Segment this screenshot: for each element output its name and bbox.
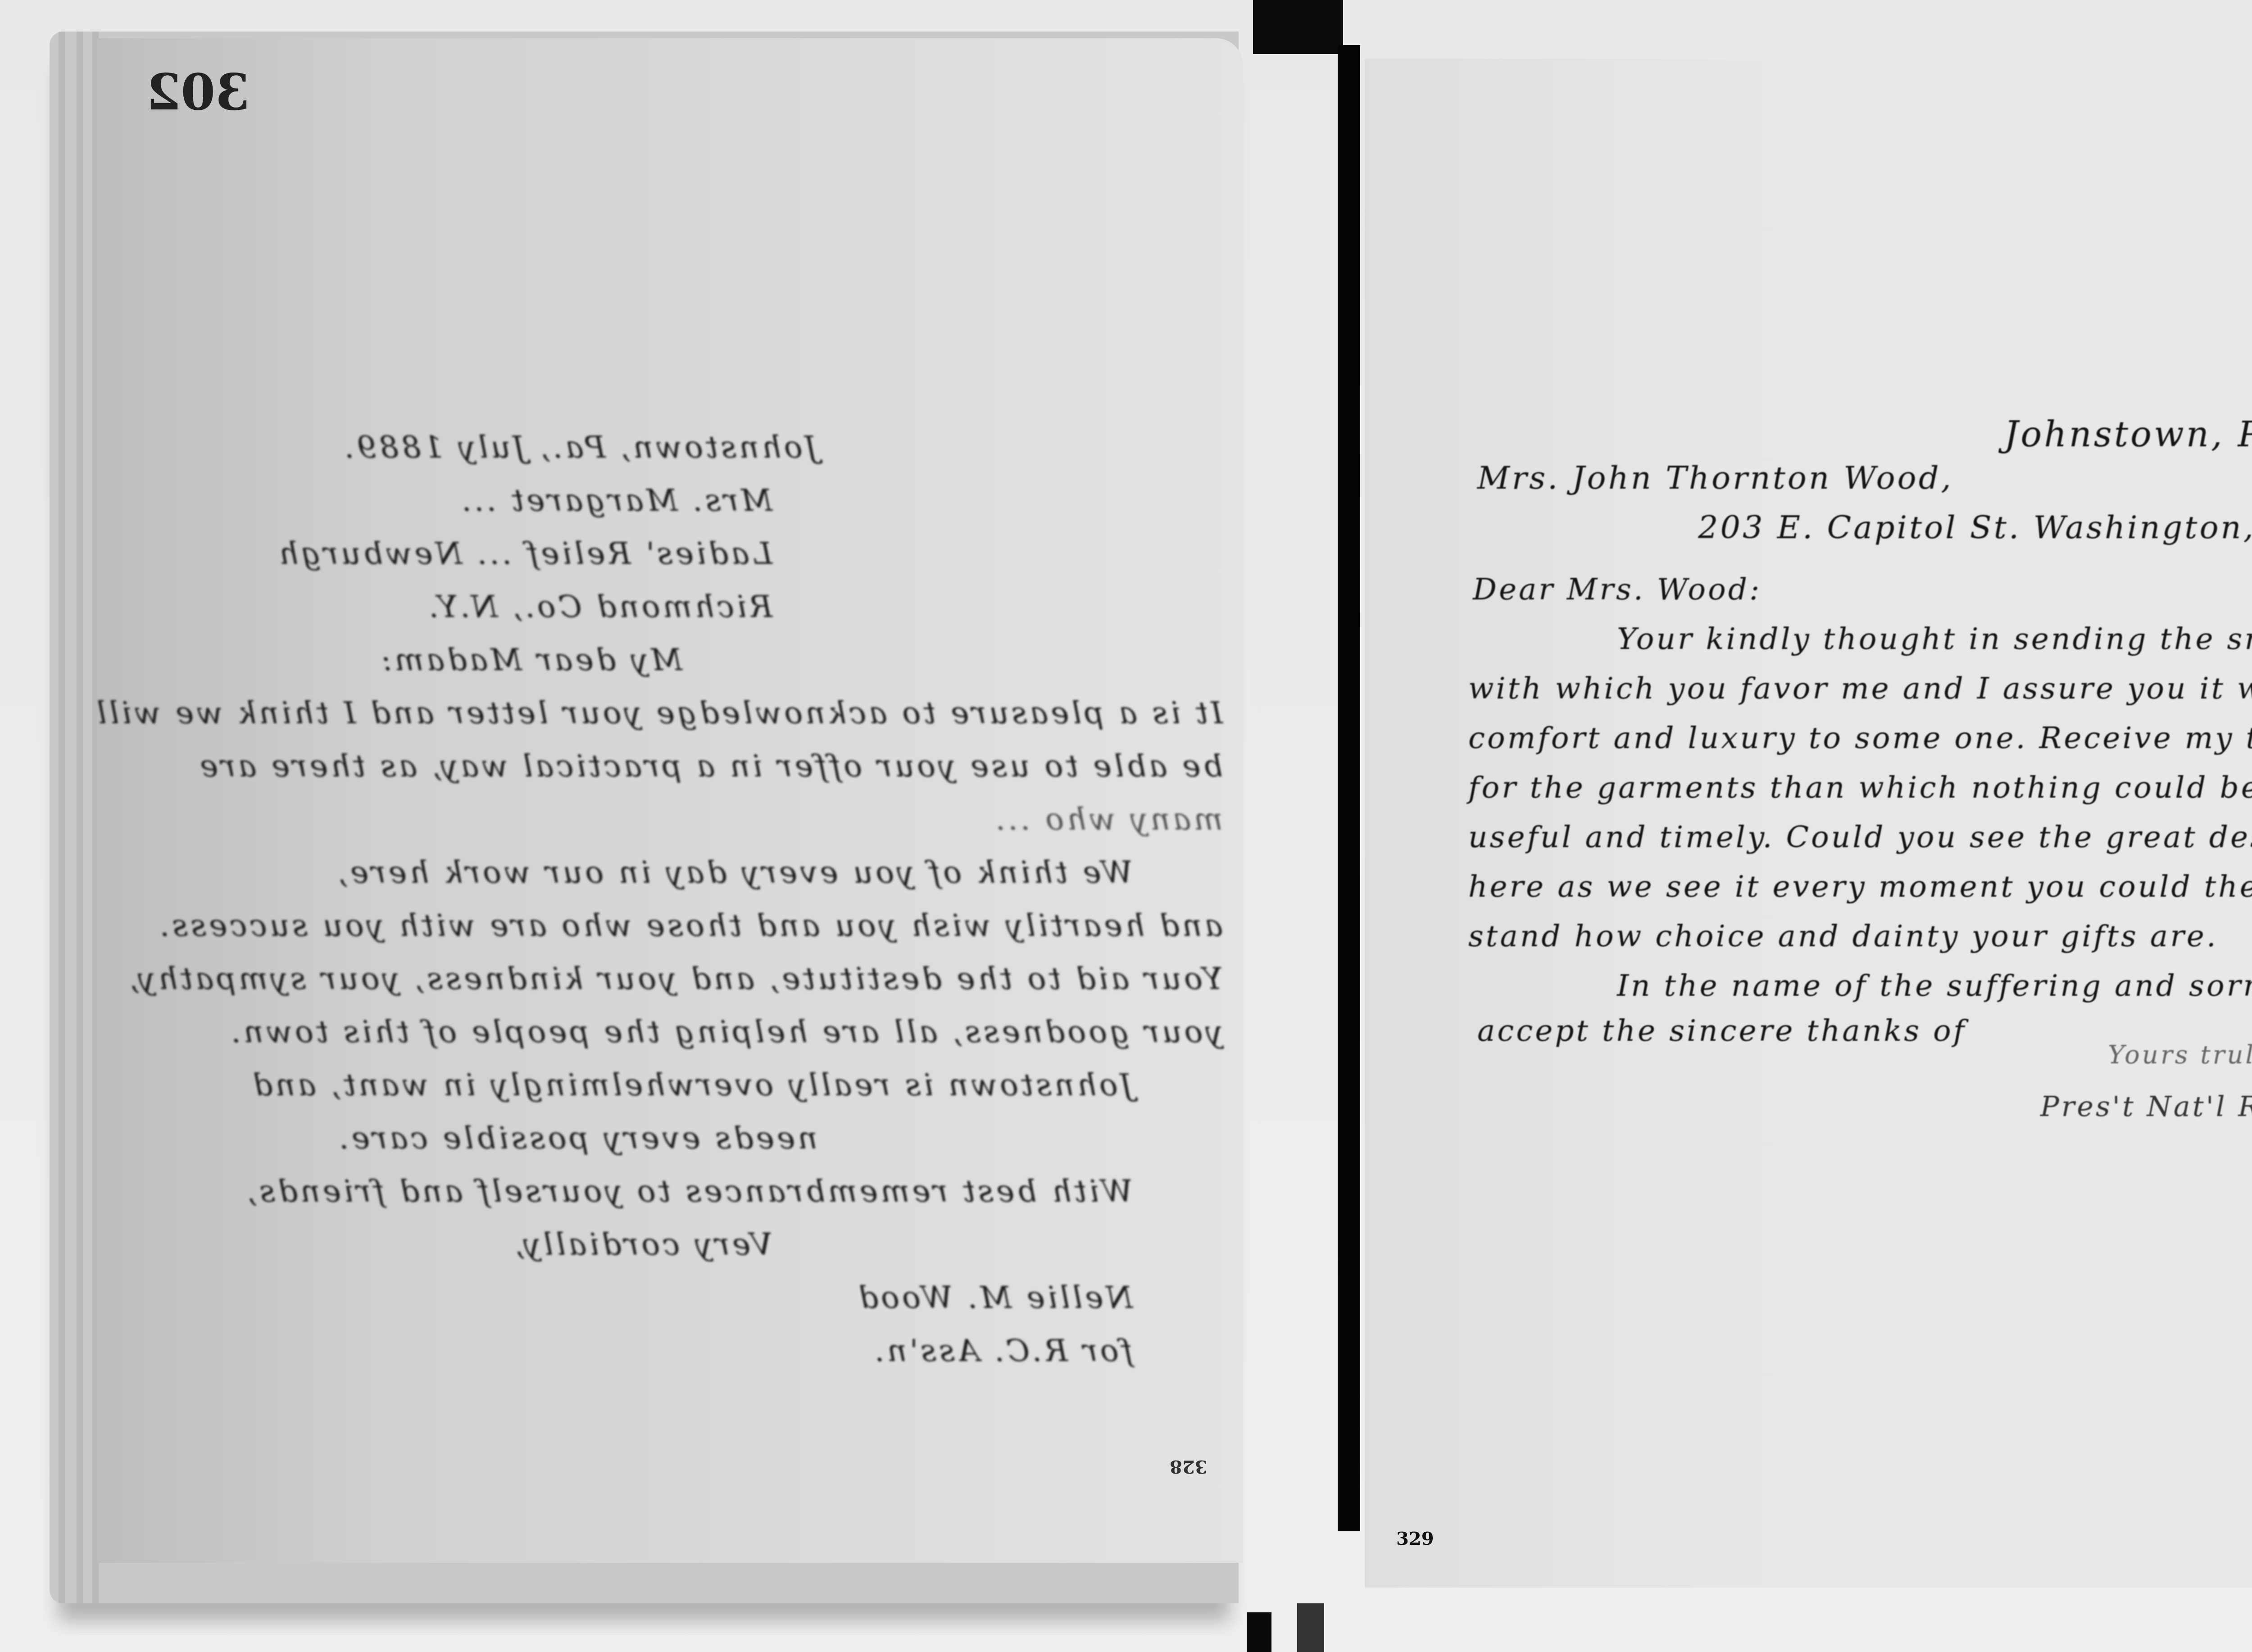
book-spine-gutter [1338,45,1360,1531]
page-number-left: 302 [146,63,250,121]
letter-salutation: Dear Mrs. Wood: [1473,572,1762,607]
mirrored-line: Richmond Co., N.Y. [187,581,1223,634]
letter-body-line: Your kindly thought in sending the small… [1617,622,2252,656]
letter-dateline: Johnstown, Pa., July 6, 1889. [2004,414,2252,455]
letter-body-line: useful and timely. Could you see the gre… [1468,820,2252,854]
page-edge [59,32,65,1603]
letter-body-line: for the garments than which nothing coul… [1468,770,2252,805]
letter-body-line: here as we see it every moment you could… [1468,869,2252,904]
mirrored-line: needs every possible care. [187,1112,1223,1165]
mirrored-line: Johnstown, Pa., July 1889. [187,421,1223,474]
handwritten-letter: Johnstown, Pa., July 6, 1889. Mrs. John … [1365,59,2252,1588]
letter-body-line: comfort and luxury to some one. Receive … [1468,721,2252,755]
mirrored-line: Nellie M. Wood [187,1271,1223,1325]
bookmark-ribbon-tail [1297,1603,1324,1652]
page-edge [77,32,83,1603]
mirrored-line: your goodness, all are helping the peopl… [187,1006,1223,1059]
letter-body-line: with which you favor me and I assure you… [1468,671,2252,706]
letter-body-line: accept the sincere thanks of [1477,1013,1966,1048]
mirrored-handwriting: Johnstown, Pa., July 1889. Mrs. Margaret… [187,421,1223,1378]
mirrored-line: We think of you every day in our work he… [187,846,1223,899]
bookmark-ribbon-tail [1247,1612,1271,1652]
mirrored-line: for R.C. Ass'n. [187,1325,1223,1378]
mirrored-line: Your aid to the destitute, and your kind… [187,953,1223,1006]
mirrored-line: It is a pleasure to acknowledge your let… [187,687,1223,740]
mirrored-line: Mrs. Margaret ... [187,474,1223,527]
mirrored-line: many who ... [187,793,1223,846]
recipient-address: 203 E. Capitol St. Washington, D.C. [1698,509,2252,546]
mirrored-line: My dear Madam: [187,634,1223,687]
mirrored-line: Very cordially, [187,1218,1223,1271]
mirrored-line: and heartily wish you and those who are … [187,899,1223,953]
right-page-recto: 303 Johnstown, Pa., July 6, 1889. Mrs. J… [1365,59,2252,1588]
left-page-verso: 302 Johnstown, Pa., July 1889. Mrs. Marg… [97,38,1243,1563]
bookmark-ribbon [1253,0,1343,54]
letter-signature: Pres't Nat'l Red Cross. [2040,1090,2252,1123]
mirrored-line: Johnstown is really overwhelmingly in wa… [187,1059,1223,1112]
mirrored-line: Ladies' Relief ... Newburgh [187,527,1223,581]
letter-body-line: In the name of the suffering and sorrowi… [1617,968,2252,1003]
letter-closing: Yours truly, [2108,1040,2252,1070]
letter-body-line: stand how choice and dainty your gifts a… [1468,919,2218,953]
mirrored-line: With best remembrances to yourself and f… [187,1165,1223,1218]
folio-number-right: 329 [1396,1528,1434,1549]
mirrored-line: be able to use your offer in a practical… [187,740,1223,793]
folio-number-left: 328 [1170,1456,1208,1477]
recipient-name: Mrs. John Thornton Wood, [1477,459,1953,496]
